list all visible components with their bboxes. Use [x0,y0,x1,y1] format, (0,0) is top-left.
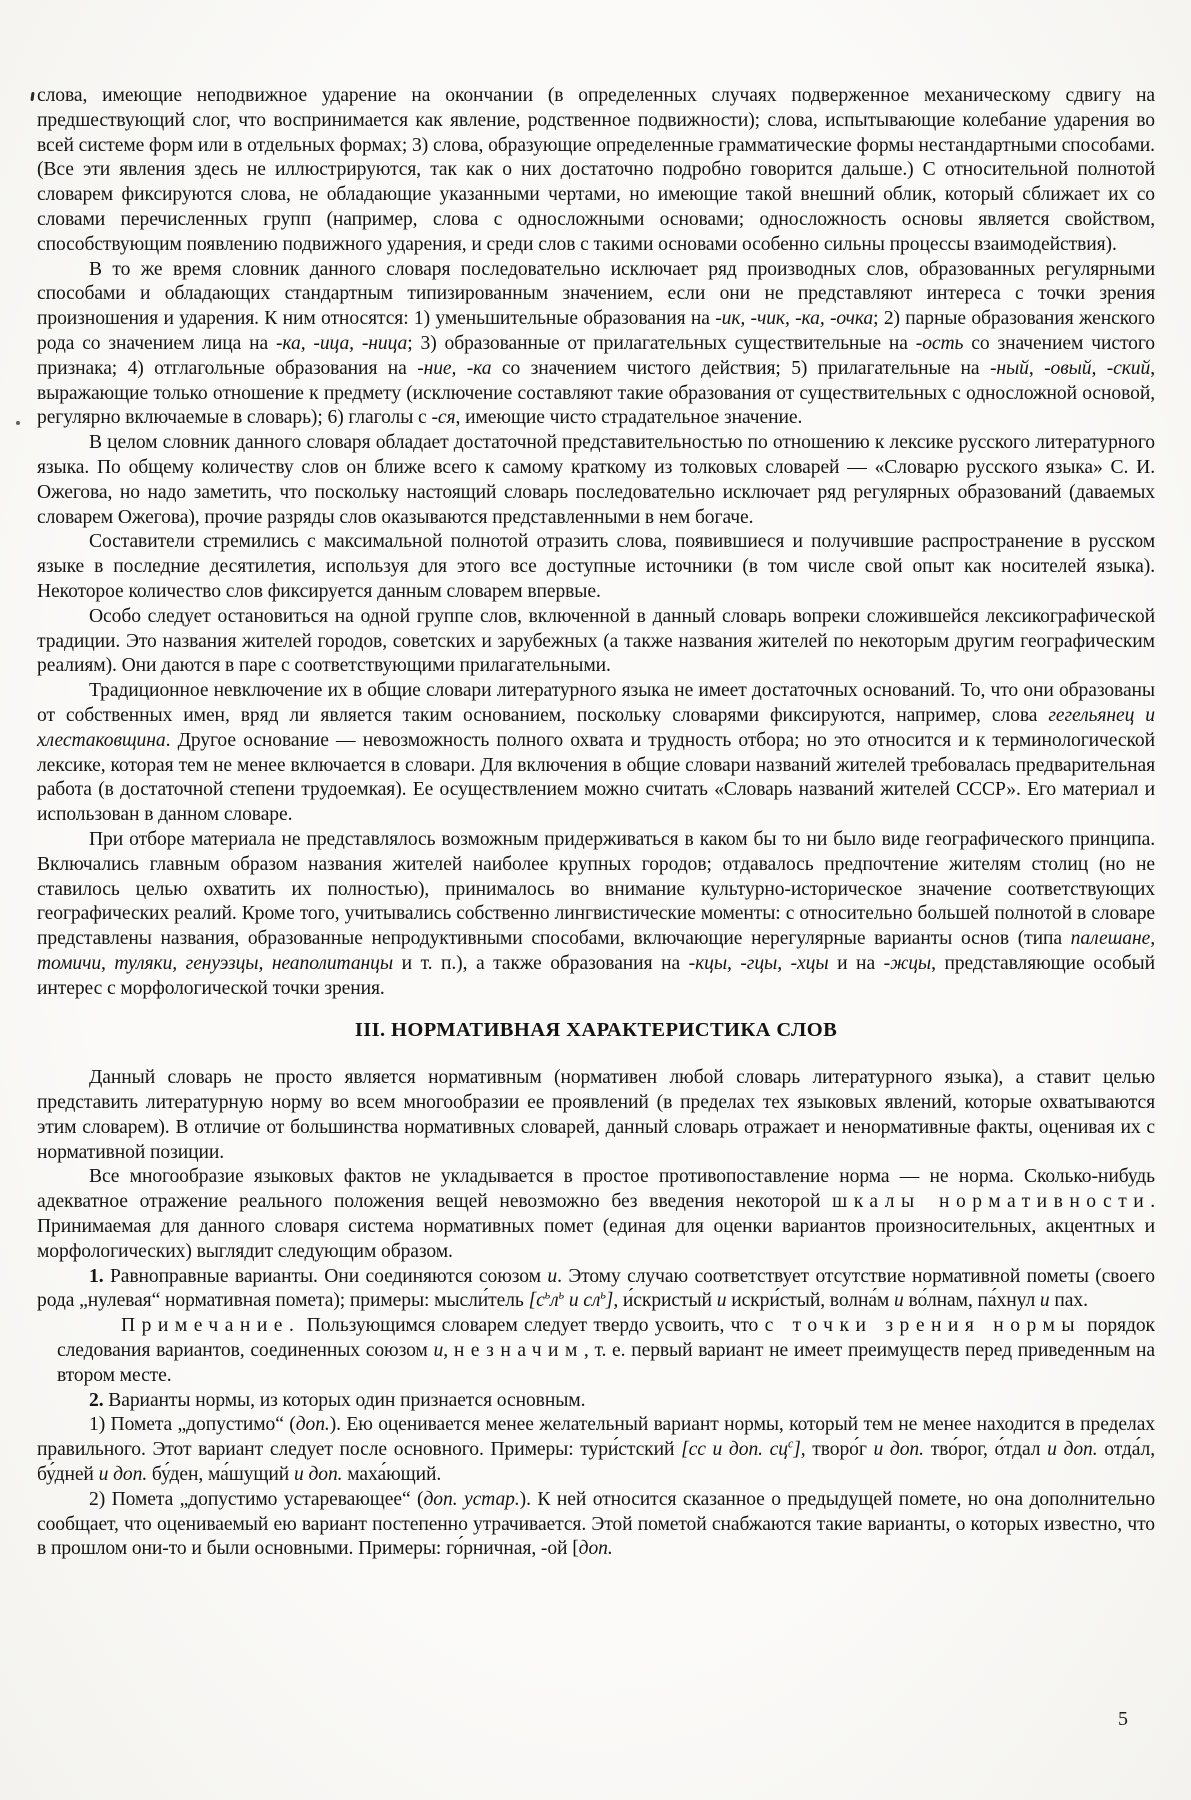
paragraph-exclusions: В то же время словник данного словаря по… [37,258,1155,432]
paragraph-dopustimo-ustar: 2) Помета „допустимо устаревающее“ (доп.… [37,1488,1155,1562]
paragraph-equal-variants: 1. Равноправные варианты. Они соединяютс… [37,1265,1155,1315]
page-text: слова, имеющие неподвижное ударение на о… [37,84,1155,1562]
scanned-book-page: { "page_number": "5", "heading": "III. Н… [0,0,1191,1800]
paragraph-continuation: слова, имеющие неподвижное ударение на о… [37,84,1155,258]
paragraph-variants-of-norm: 2. Варианты нормы, из которых один призн… [37,1389,1155,1414]
paragraph-normative-intro: Данный словарь не просто является нормат… [37,1066,1155,1165]
section-heading: III. НОРМАТИВНАЯ ХАРАКТЕРИСТИКА СЛОВ [37,1018,1155,1043]
paragraph-note: Примечание. Пользующимся словарем следуе… [57,1314,1155,1388]
paragraph-inhabitants-group: Особо следует остановиться на одной груп… [37,605,1155,679]
paragraph-norm-scale: Все многообразие языковых фактов не укла… [37,1165,1155,1264]
paragraph-dopustimo: 1) Помета „допустимо“ (доп.). Ею оценива… [37,1413,1155,1487]
paragraph-selection: При отборе материала не представлялось в… [37,828,1155,1002]
paragraph-new-words: Составители стремились с максимальной по… [37,530,1155,604]
paragraph-tradition: Традиционное невключение их в общие слов… [37,679,1155,828]
scan-artifact-mark [30,92,34,101]
page-number: 5 [1118,1708,1128,1731]
paragraph-representativeness: В целом словник данного словаря обладает… [37,431,1155,530]
scan-artifact-dot [16,421,20,425]
